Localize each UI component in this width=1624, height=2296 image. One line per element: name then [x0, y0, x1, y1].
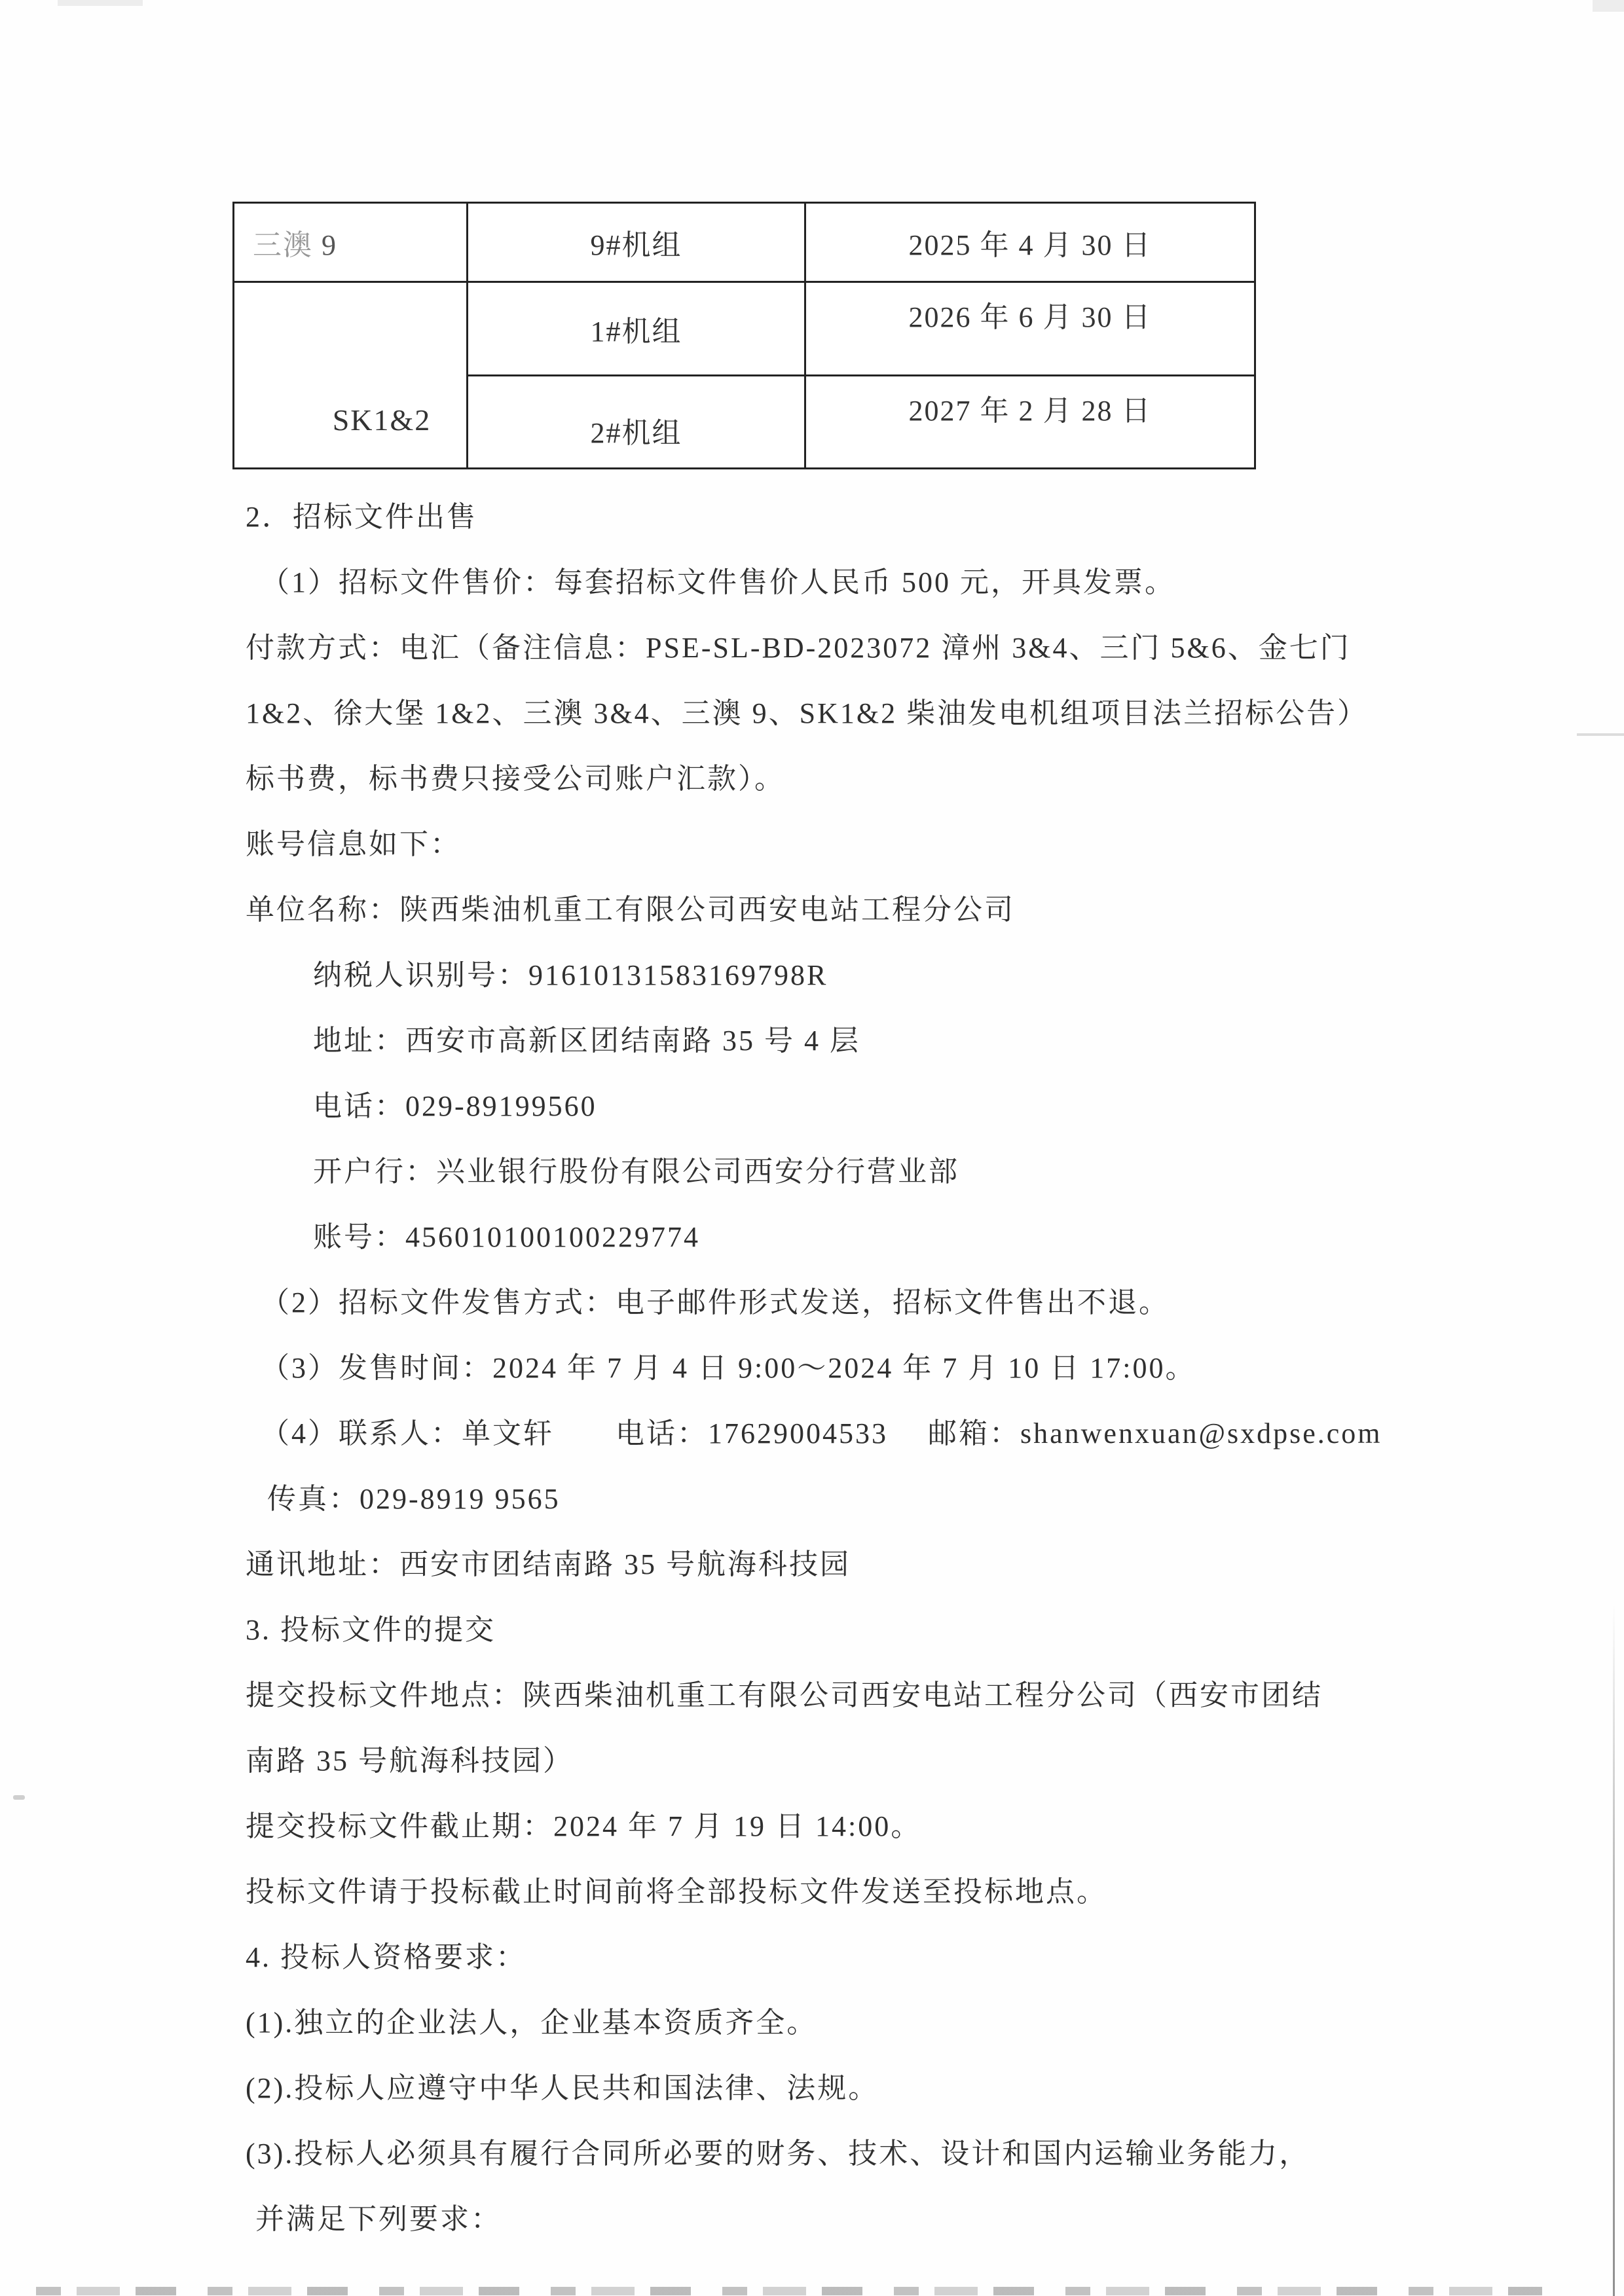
- scan-artifact-right-edge-line: [1613, 1604, 1615, 2296]
- qualification-item-3: (3).投标人必须具有履行合同所必要的财务、技术、设计和国内运输业务能力，: [0, 2121, 1624, 2187]
- sale-period-line: （3）发售时间：2024 年 7 月 4 日 9:00～2024 年 7 月 1…: [0, 1336, 1624, 1401]
- distribution-method-line: （2）招标文件发售方式：电子邮件形式发送，招标文件售出不退。: [0, 1270, 1624, 1336]
- scanned-tender-document-page: 三澳 9 9#机组 2025 年 4 月 30 日 SK1&2 1#机组 202…: [0, 0, 1624, 2296]
- date-cell-2026-06-30: 2026 年 6 月 30 日: [805, 282, 1255, 376]
- scan-artifact-right-streak: [1577, 733, 1624, 736]
- unit-cell-2: 2#机组: [468, 376, 805, 469]
- project-name-number: 9: [313, 229, 337, 261]
- payment-method-line-3: 标书费，标书费只接受公司账户汇款）。: [0, 746, 1624, 812]
- section-2-heading: 2．招标文件出售: [0, 484, 1624, 550]
- project-name-faded: 三澳: [253, 229, 313, 261]
- submission-deadline-line: 提交投标文件截止期：2024 年 7 月 19 日 14:00。: [0, 1794, 1624, 1859]
- date-cell-2027-02-28: 2027 年 2 月 28 日: [805, 376, 1255, 469]
- document-body: 2．招标文件出售 （1）招标文件售价：每套招标文件售价人民币 500 元，开具发…: [0, 484, 1624, 2252]
- doc-price-line: （1）招标文件售价：每套招标文件售价人民币 500 元，开具发票。: [0, 550, 1624, 615]
- date-cell-2025-04-30: 2025 年 4 月 30 日: [805, 203, 1255, 282]
- table-row-sk12-unit1: SK1&2 1#机组 2026 年 6 月 30 日: [234, 282, 1255, 376]
- qualification-item-2: (2).投标人应遵守中华人民共和国法律、法规。: [0, 2056, 1624, 2121]
- account-number-line: 账号：456010100100229774: [0, 1205, 1624, 1270]
- table-row-sanao9: 三澳 9 9#机组 2025 年 4 月 30 日: [234, 203, 1255, 282]
- payment-method-line: 付款方式：电汇（备注信息：PSE-SL-BD-2023072 漳州 3&4、三门…: [0, 615, 1624, 681]
- project-cell-sanao9: 三澳 9: [234, 203, 468, 282]
- scan-artifact-speck-topleft: [58, 0, 143, 6]
- bank-line: 开户行：兴业银行股份有限公司西安分行营业部: [0, 1139, 1624, 1205]
- taxpayer-id-line: 纳税人识别号：91610131583169798R: [0, 943, 1624, 1008]
- fax-line: 传真：029-8919 9565: [0, 1467, 1624, 1532]
- scan-artifact-speck-topright: [1593, 0, 1624, 12]
- company-name-line: 单位名称：陕西柴油机重工有限公司西安电站工程分公司: [0, 877, 1624, 943]
- mailing-address-line: 通讯地址：西安市团结南路 35 号航海科技园: [0, 1532, 1624, 1597]
- unit-cell-9: 9#机组: [468, 203, 805, 282]
- section-4-heading: 4. 投标人资格要求：: [0, 1925, 1624, 1990]
- qualification-item-3-cont: 并满足下列要求：: [0, 2187, 1624, 2252]
- unit-cell-1: 1#机组: [468, 282, 805, 376]
- project-cell-sk12: SK1&2: [234, 282, 468, 469]
- submission-place-line: 提交投标文件地点：陕西柴油机重工有限公司西安电站工程分公司（西安市团结: [0, 1663, 1624, 1728]
- scan-artifact-speck-left: [13, 1795, 25, 1800]
- scan-artifact-next-page-text: [36, 2287, 1542, 2295]
- qualification-item-1: (1).独立的企业法人，企业基本资质齐全。: [0, 1990, 1624, 2056]
- phone-line: 电话：029-89199560: [0, 1074, 1624, 1139]
- submission-note-line: 投标文件请于投标截止时间前将全部投标文件发送至投标地点。: [0, 1859, 1624, 1925]
- address-line: 地址：西安市高新区团结南路 35 号 4 层: [0, 1008, 1624, 1074]
- contact-person-line: （4）联系人：单文轩 电话：17629004533 邮箱：shanwenxuan…: [0, 1401, 1624, 1467]
- submission-place-line-2: 南路 35 号航海科技园）: [0, 1728, 1624, 1794]
- delivery-schedule-table: 三澳 9 9#机组 2025 年 4 月 30 日 SK1&2 1#机组 202…: [232, 202, 1256, 469]
- payment-method-line-2: 1&2、徐大堡 1&2、三澳 3&4、三澳 9、SK1&2 柴油发电机组项目法兰…: [0, 681, 1624, 746]
- account-info-intro-line: 账号信息如下：: [0, 812, 1624, 877]
- section-3-heading: 3. 投标文件的提交: [0, 1597, 1624, 1663]
